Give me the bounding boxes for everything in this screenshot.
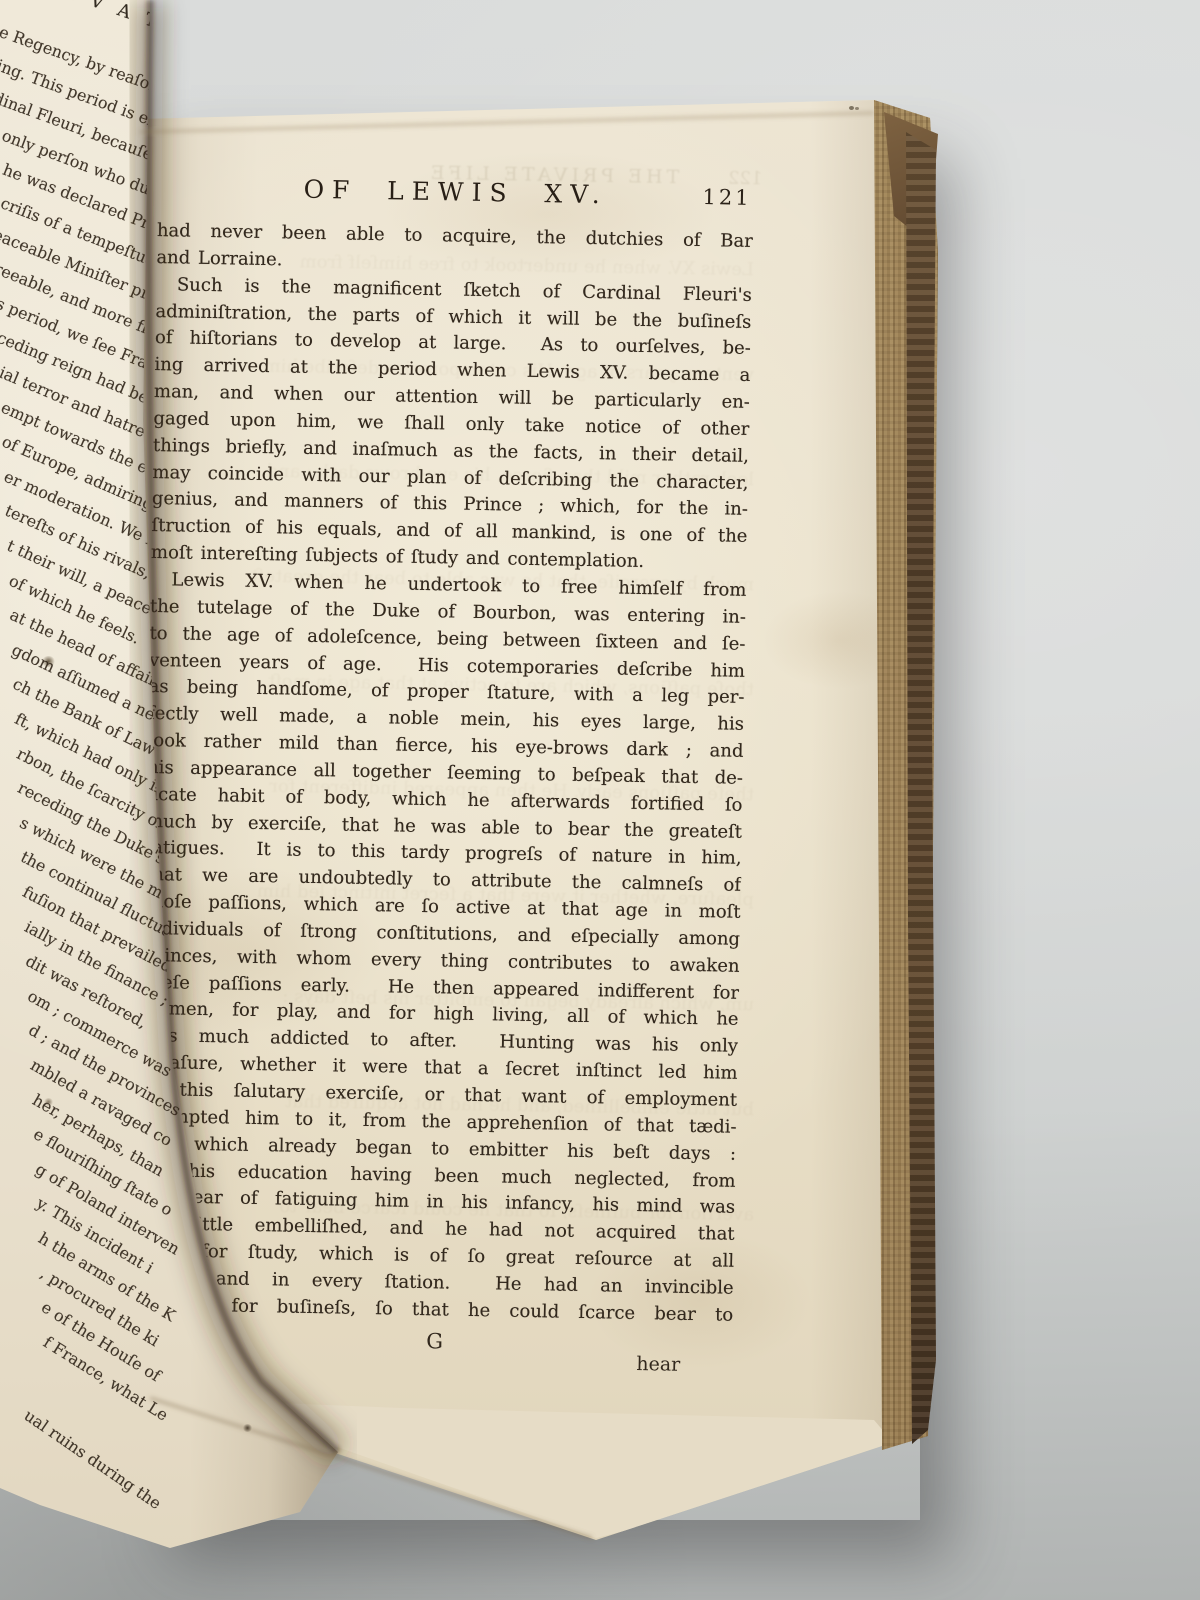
page-number: 121 [702, 185, 752, 210]
ink-speck [849, 106, 854, 110]
book-photo: THE PRIVATE LIFE 122 Lewis XV. when he u… [0, 0, 1200, 1600]
right-page: THE PRIVATE LIFE 122 Lewis XV. when he u… [128, 94, 940, 1554]
running-title: OF LEWIS XV. [303, 175, 608, 210]
printed-text-block: OF LEWIS XV. 121 had never been able to … [136, 172, 754, 1376]
ink-speck [855, 107, 859, 110]
stain-spot [243, 1424, 252, 1432]
left-page-text-fragment: ual ruins during the [21, 1406, 165, 1513]
signature-mark: G [414, 1328, 454, 1353]
body-text: had never been able to acquire, the dutc… [137, 220, 753, 1331]
